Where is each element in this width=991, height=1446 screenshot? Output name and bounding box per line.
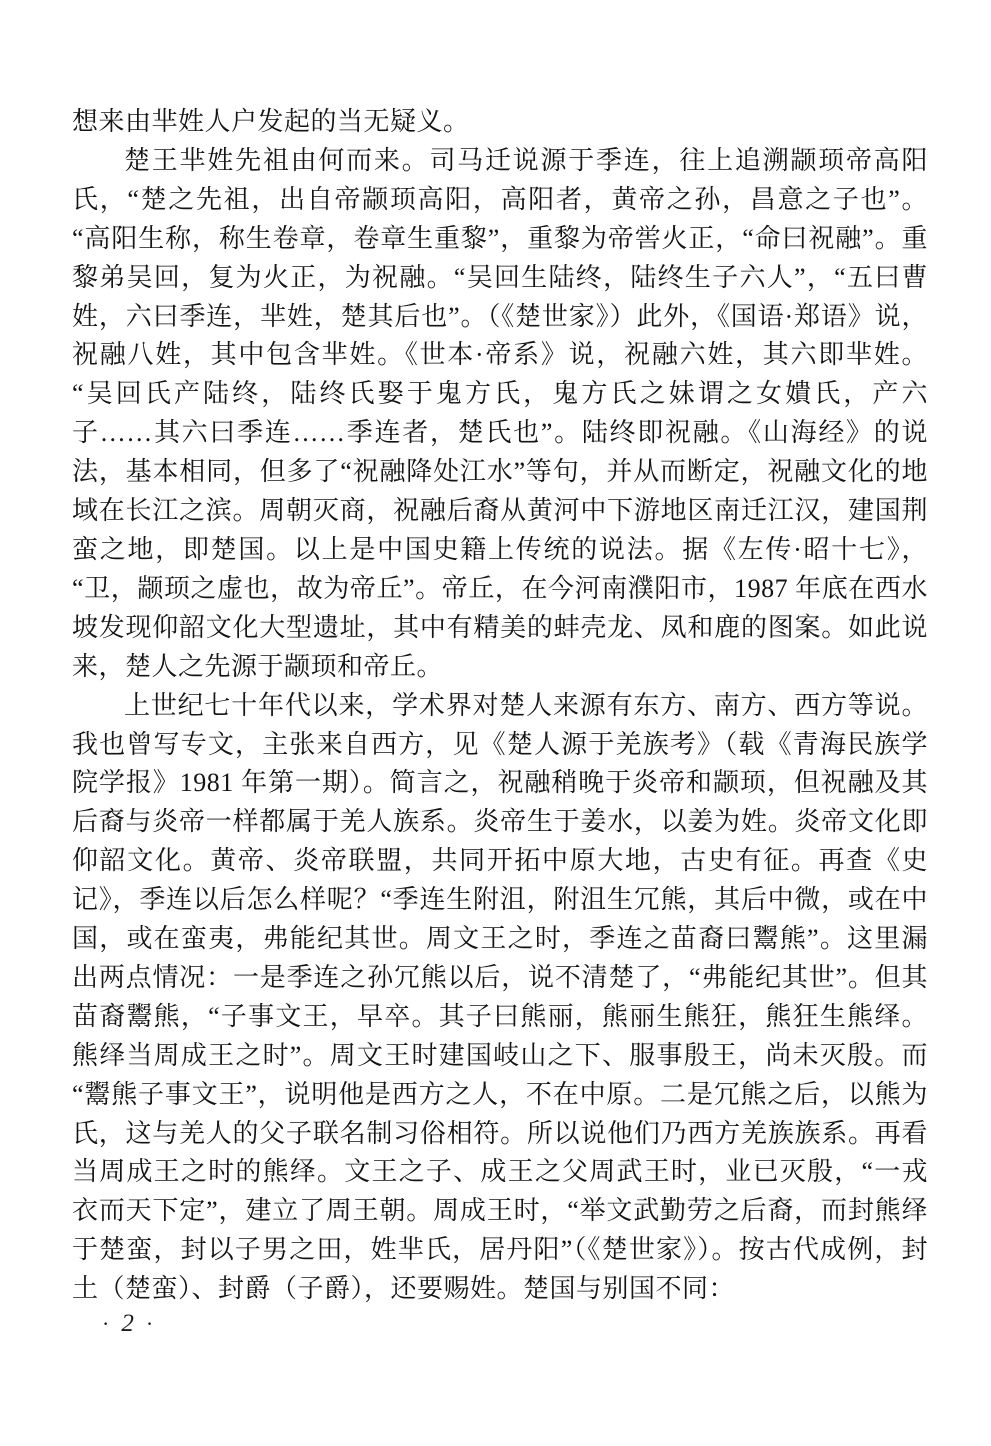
book-page: 想来由芈姓人户发起的当无疑义。 楚王芈姓先祖由何而来。司马迁说源于季连，往上追溯… <box>0 0 991 1446</box>
body-text: 想来由芈姓人户发起的当无疑义。 楚王芈姓先祖由何而来。司马迁说源于季连，往上追溯… <box>72 103 928 1309</box>
body-paragraph-origins: 楚王芈姓先祖由何而来。司马迁说源于季连，往上追溯颛顼帝高阳氏，“楚之先祖，出自帝… <box>72 142 928 687</box>
footer-right-dot: · <box>134 1311 165 1336</box>
page-number: ·2· <box>90 1310 165 1338</box>
body-paragraph-western-theory: 上世纪七十年代以来，学术界对楚人来源有东方、南方、西方等说。我也曾写专文，主张来… <box>72 687 928 1310</box>
footer-left-dot: · <box>90 1311 121 1336</box>
footer-page-number-value: 2 <box>121 1310 134 1337</box>
body-paragraph-continuation: 想来由芈姓人户发起的当无疑义。 <box>72 103 928 142</box>
